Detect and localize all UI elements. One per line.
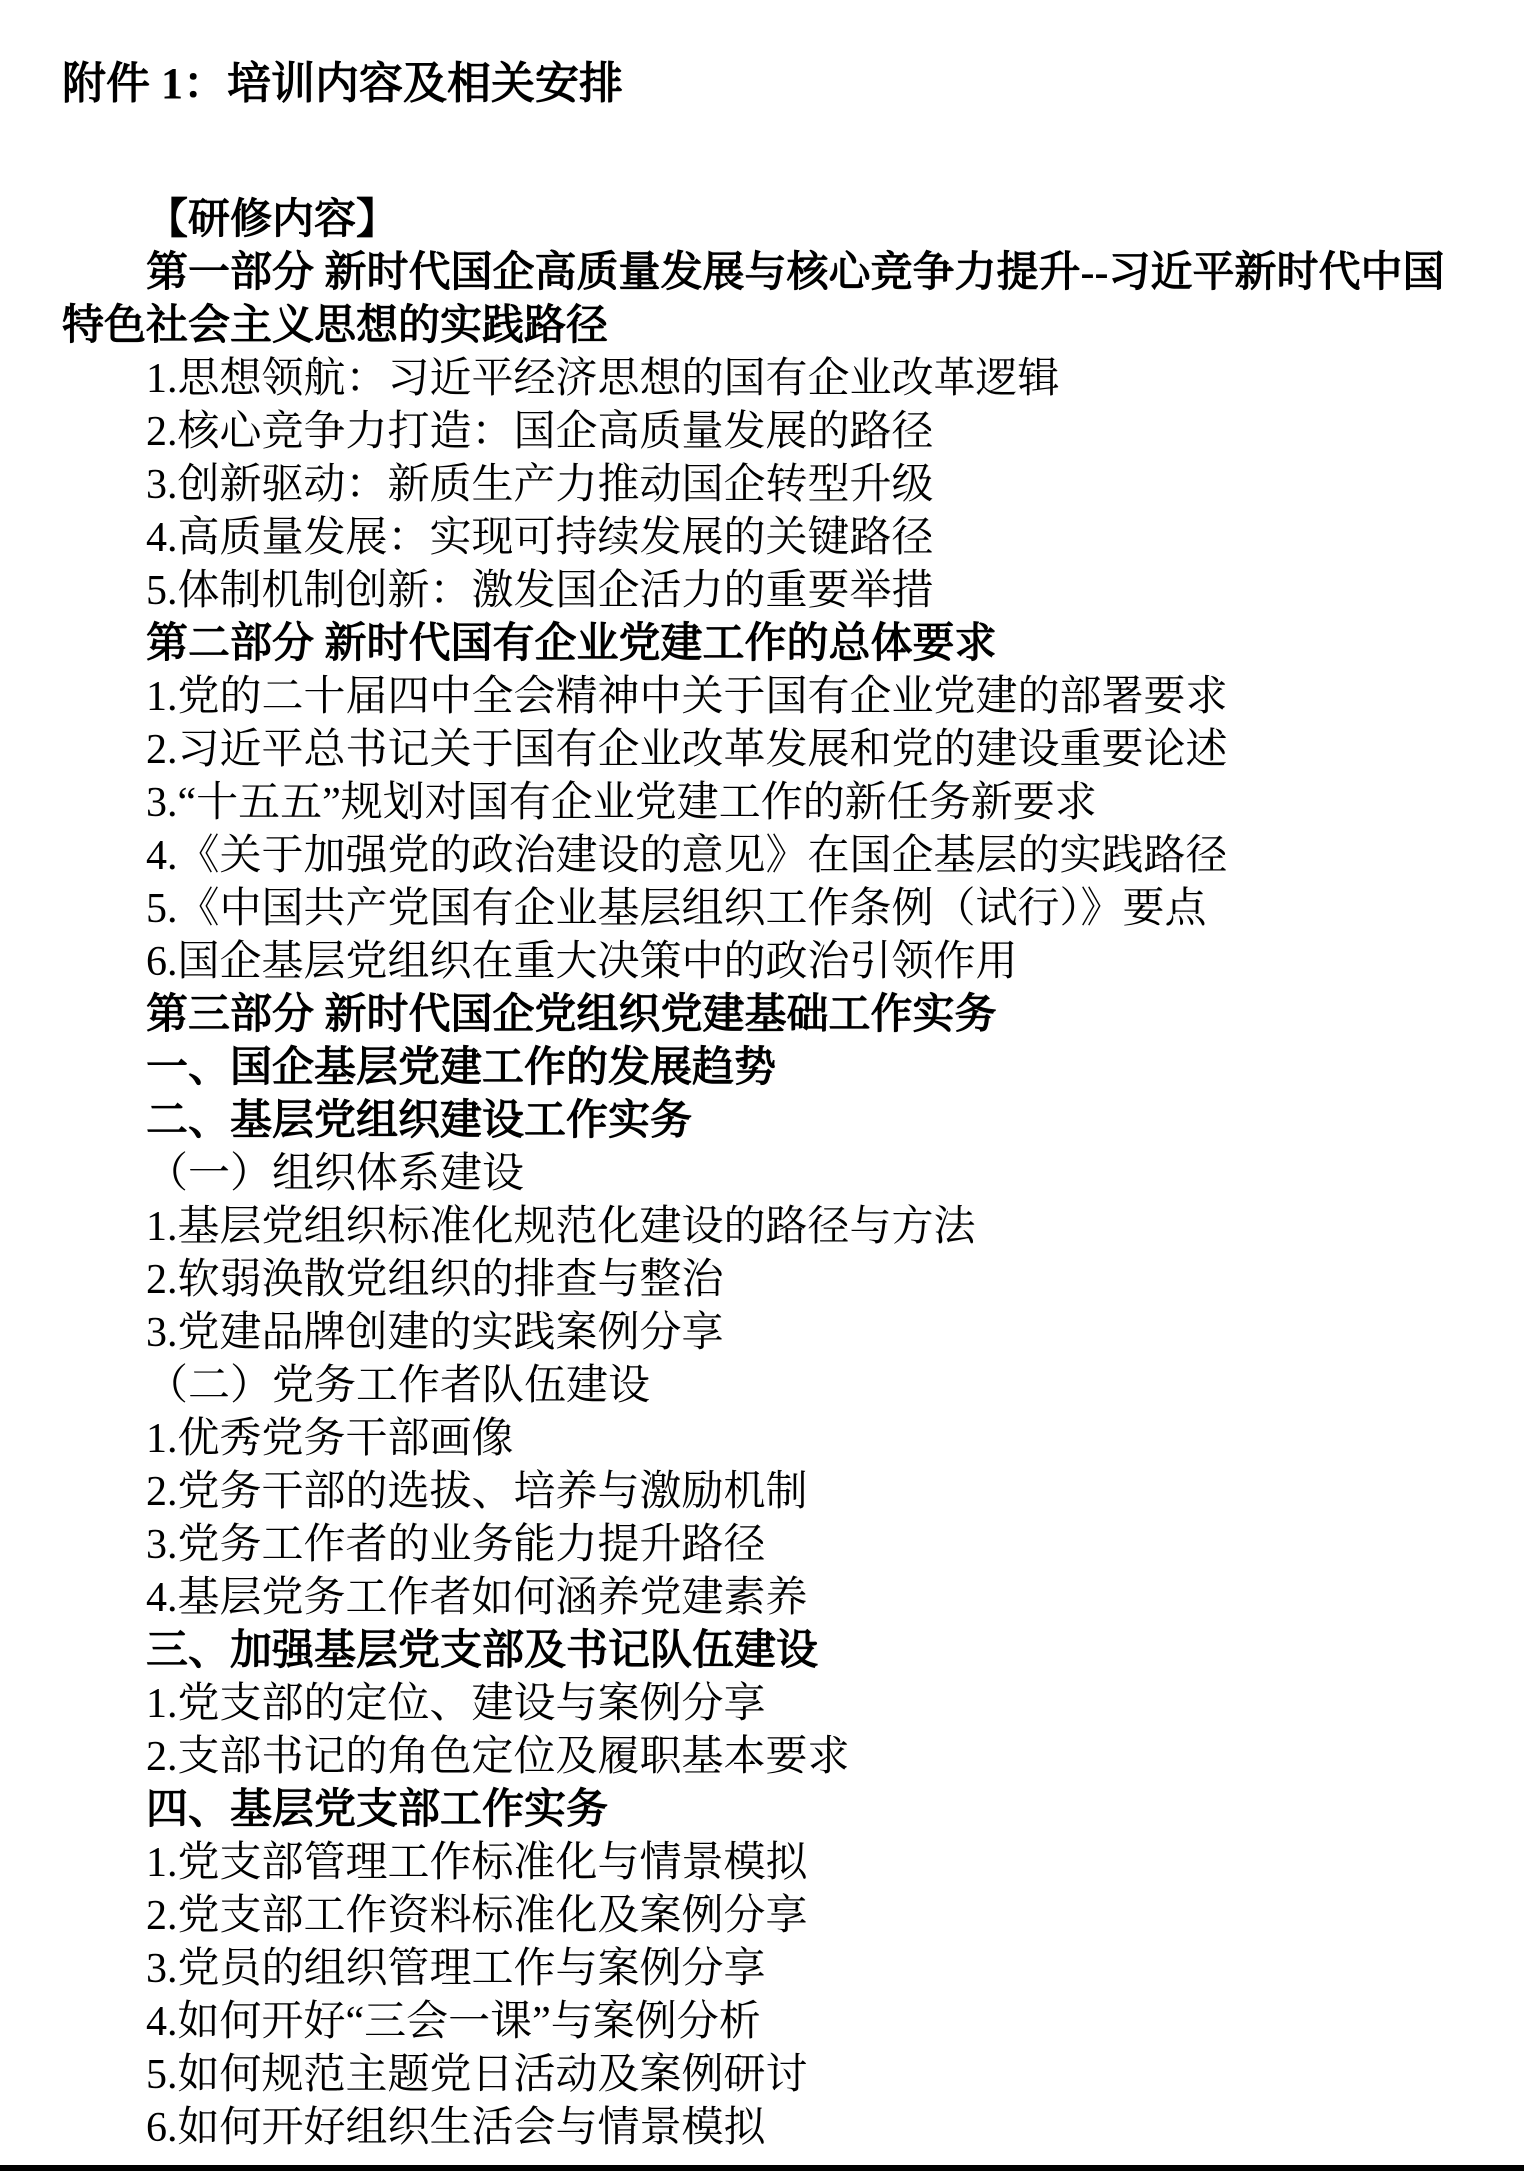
- part2-item-6: 6.国企基层党组织在重大决策中的政治引领作用: [62, 936, 1466, 989]
- org-system-item-3: 3.党建品牌创建的实践案例分享: [62, 1307, 1466, 1360]
- part2-item-3: 3.“十五五”规划对国有企业党建工作的新任务新要求: [62, 777, 1466, 830]
- part2-heading: 第二部分 新时代国有企业党建工作的总体要求: [62, 618, 1466, 671]
- part3-heading: 第三部分 新时代国企党组织党建基础工作实务: [62, 989, 1466, 1042]
- part3-section-4-heading: 四、基层党支部工作实务: [62, 1784, 1466, 1837]
- part2-item-5: 5.《中国共产党国有企业基层组织工作条例（试行）》要点: [62, 883, 1466, 936]
- part1-item-2: 2.核心竞争力打造：国企高质量发展的路径: [62, 406, 1466, 459]
- part3-section-1-heading: 一、国企基层党建工作的发展趋势: [62, 1042, 1466, 1095]
- document-body: 【研修内容】 第一部分 新时代国企高质量发展与核心竞争力提升--习近平新时代中国…: [62, 194, 1466, 2155]
- part2-item-4: 4.《关于加强党的政治建设的意见》在国企基层的实践路径: [62, 830, 1466, 883]
- document-page: 附件 1：培训内容及相关安排 【研修内容】 第一部分 新时代国企高质量发展与核心…: [0, 0, 1524, 2176]
- branch-team-item-1: 1.党支部的定位、建设与案例分享: [62, 1678, 1466, 1731]
- party-worker-item-4: 4.基层党务工作者如何涵养党建素养: [62, 1572, 1466, 1625]
- part2-item-2: 2.习近平总书记关于国有企业改革发展和党的建设重要论述: [62, 724, 1466, 777]
- part1-item-5: 5.体制机制创新：激发国企活力的重要举措: [62, 565, 1466, 618]
- party-worker-item-1: 1.优秀党务干部画像: [62, 1413, 1466, 1466]
- part2-item-1: 1.党的二十届四中全会精神中关于国有企业党建的部署要求: [62, 671, 1466, 724]
- party-worker-item-3: 3.党务工作者的业务能力提升路径: [62, 1519, 1466, 1572]
- branch-practice-item-4: 4.如何开好“三会一课”与案例分析: [62, 1996, 1466, 2049]
- party-worker-item-2: 2.党务干部的选拔、培养与激励机制: [62, 1466, 1466, 1519]
- org-system-item-1: 1.基层党组织标准化规范化建设的路径与方法: [62, 1201, 1466, 1254]
- attachment-title: 附件 1：培训内容及相关安排: [62, 58, 623, 110]
- training-content-label: 【研修内容】: [62, 194, 1466, 247]
- subsection-1-heading: （一）组织体系建设: [62, 1148, 1466, 1201]
- branch-practice-item-1: 1.党支部管理工作标准化与情景模拟: [62, 1837, 1466, 1890]
- branch-practice-item-6: 6.如何开好组织生活会与情景模拟: [62, 2102, 1466, 2155]
- branch-team-item-2: 2.支部书记的角色定位及履职基本要求: [62, 1731, 1466, 1784]
- page-bottom-rule: [0, 2165, 1524, 2171]
- branch-practice-item-3: 3.党员的组织管理工作与案例分享: [62, 1943, 1466, 1996]
- part1-heading: 第一部分 新时代国企高质量发展与核心竞争力提升--习近平新时代中国特色社会主义思…: [62, 247, 1466, 353]
- part3-section-3-heading: 三、加强基层党支部及书记队伍建设: [62, 1625, 1466, 1678]
- org-system-item-2: 2.软弱涣散党组织的排查与整治: [62, 1254, 1466, 1307]
- branch-practice-item-2: 2.党支部工作资料标准化及案例分享: [62, 1890, 1466, 1943]
- part1-item-3: 3.创新驱动：新质生产力推动国企转型升级: [62, 459, 1466, 512]
- part1-item-1: 1.思想领航：习近平经济思想的国有企业改革逻辑: [62, 353, 1466, 406]
- subsection-2-heading: （二）党务工作者队伍建设: [62, 1360, 1466, 1413]
- part1-item-4: 4.高质量发展：实现可持续发展的关键路径: [62, 512, 1466, 565]
- branch-practice-item-5: 5.如何规范主题党日活动及案例研讨: [62, 2049, 1466, 2102]
- part3-section-2-heading: 二、基层党组织建设工作实务: [62, 1095, 1466, 1148]
